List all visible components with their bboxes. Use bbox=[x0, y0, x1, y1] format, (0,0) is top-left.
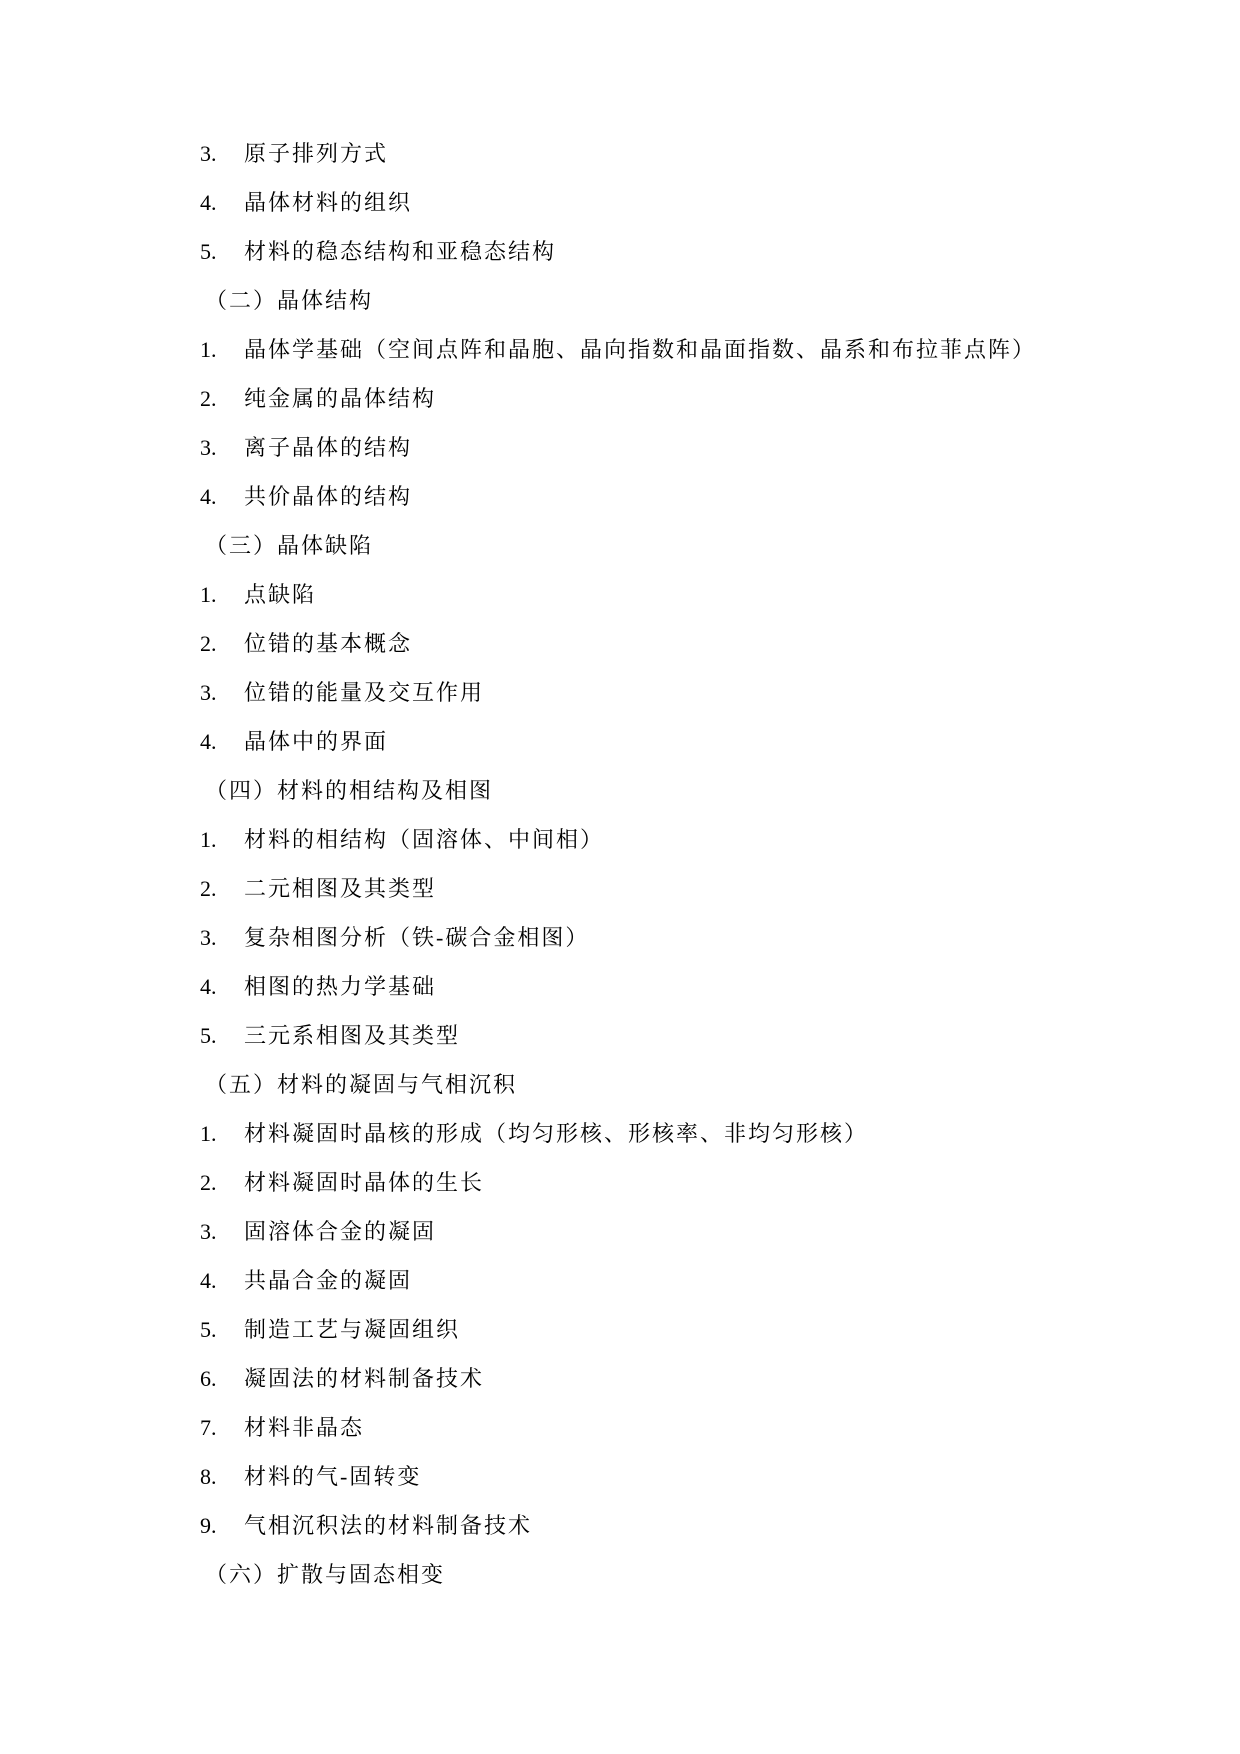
outline-item: 4.共晶合金的凝固 bbox=[200, 1256, 1200, 1305]
section-title: （四）材料的相结构及相图 bbox=[205, 766, 493, 815]
item-text: 相图的热力学基础 bbox=[244, 962, 436, 1011]
item-text: 材料的相结构（固溶体、中间相） bbox=[244, 815, 604, 864]
item-number: 3. bbox=[200, 668, 244, 717]
item-text: 气相沉积法的材料制备技术 bbox=[244, 1501, 532, 1550]
outline-list: 3.原子排列方式4.晶体材料的组织5.材料的稳态结构和亚稳态结构（二）晶体结构1… bbox=[200, 129, 1200, 1599]
outline-item: 2.纯金属的晶体结构 bbox=[200, 374, 1200, 423]
outline-item: 4.晶体中的界面 bbox=[200, 717, 1200, 766]
item-text: 点缺陷 bbox=[244, 570, 316, 619]
outline-item: 5.制造工艺与凝固组织 bbox=[200, 1305, 1200, 1354]
item-text: 晶体中的界面 bbox=[244, 717, 388, 766]
item-text: 材料非晶态 bbox=[244, 1403, 364, 1452]
outline-item: 3.固溶体合金的凝固 bbox=[200, 1207, 1200, 1256]
item-text: 材料凝固时晶核的形成（均匀形核、形核率、非均匀形核） bbox=[244, 1109, 868, 1158]
outline-item: 1.点缺陷 bbox=[200, 570, 1200, 619]
outline-item: 5.材料的稳态结构和亚稳态结构 bbox=[200, 227, 1200, 276]
outline-item: 5.三元系相图及其类型 bbox=[200, 1011, 1200, 1060]
item-number: 3. bbox=[200, 129, 244, 178]
outline-item: 1.材料的相结构（固溶体、中间相） bbox=[200, 815, 1200, 864]
outline-item: 3.原子排列方式 bbox=[200, 129, 1200, 178]
item-text: 复杂相图分析（铁-碳合金相图） bbox=[244, 913, 589, 962]
item-number: 4. bbox=[200, 717, 244, 766]
item-number: 3. bbox=[200, 913, 244, 962]
section-heading: （二）晶体结构 bbox=[200, 276, 1200, 325]
item-text: 材料凝固时晶体的生长 bbox=[244, 1158, 484, 1207]
item-number: 1. bbox=[200, 815, 244, 864]
item-text: 离子晶体的结构 bbox=[244, 423, 412, 472]
section-title: （六）扩散与固态相变 bbox=[205, 1550, 445, 1599]
item-text: 位错的能量及交互作用 bbox=[244, 668, 484, 717]
item-text: 晶体学基础（空间点阵和晶胞、晶向指数和晶面指数、晶系和布拉菲点阵） bbox=[244, 325, 1036, 374]
outline-item: 3.离子晶体的结构 bbox=[200, 423, 1200, 472]
outline-item: 6.凝固法的材料制备技术 bbox=[200, 1354, 1200, 1403]
outline-item: 3.复杂相图分析（铁-碳合金相图） bbox=[200, 913, 1200, 962]
item-number: 7. bbox=[200, 1403, 244, 1452]
item-text: 凝固法的材料制备技术 bbox=[244, 1354, 484, 1403]
section-title: （三）晶体缺陷 bbox=[205, 521, 373, 570]
section-heading: （六）扩散与固态相变 bbox=[200, 1550, 1200, 1599]
item-number: 5. bbox=[200, 1011, 244, 1060]
item-text: 制造工艺与凝固组织 bbox=[244, 1305, 460, 1354]
section-title: （五）材料的凝固与气相沉积 bbox=[205, 1060, 517, 1109]
document-page: 3.原子排列方式4.晶体材料的组织5.材料的稳态结构和亚稳态结构（二）晶体结构1… bbox=[0, 0, 1240, 1754]
item-number: 2. bbox=[200, 1158, 244, 1207]
item-number: 8. bbox=[200, 1452, 244, 1501]
section-heading: （四）材料的相结构及相图 bbox=[200, 766, 1200, 815]
item-number: 4. bbox=[200, 1256, 244, 1305]
section-title: （二）晶体结构 bbox=[205, 276, 373, 325]
section-heading: （三）晶体缺陷 bbox=[200, 521, 1200, 570]
item-text: 纯金属的晶体结构 bbox=[244, 374, 436, 423]
item-number: 1. bbox=[200, 325, 244, 374]
item-text: 晶体材料的组织 bbox=[244, 178, 412, 227]
item-number: 4. bbox=[200, 472, 244, 521]
outline-item: 2.材料凝固时晶体的生长 bbox=[200, 1158, 1200, 1207]
item-text: 二元相图及其类型 bbox=[244, 864, 436, 913]
item-number: 9. bbox=[200, 1501, 244, 1550]
item-number: 4. bbox=[200, 962, 244, 1011]
item-number: 5. bbox=[200, 227, 244, 276]
item-number: 3. bbox=[200, 1207, 244, 1256]
item-number: 5. bbox=[200, 1305, 244, 1354]
item-number: 2. bbox=[200, 864, 244, 913]
item-text: 材料的稳态结构和亚稳态结构 bbox=[244, 227, 556, 276]
item-number: 2. bbox=[200, 619, 244, 668]
outline-item: 1.材料凝固时晶核的形成（均匀形核、形核率、非均匀形核） bbox=[200, 1109, 1200, 1158]
outline-item: 4.晶体材料的组织 bbox=[200, 178, 1200, 227]
outline-item: 8.材料的气-固转变 bbox=[200, 1452, 1200, 1501]
item-number: 4. bbox=[200, 178, 244, 227]
outline-item: 2.二元相图及其类型 bbox=[200, 864, 1200, 913]
outline-item: 4.共价晶体的结构 bbox=[200, 472, 1200, 521]
item-text: 固溶体合金的凝固 bbox=[244, 1207, 436, 1256]
outline-item: 9.气相沉积法的材料制备技术 bbox=[200, 1501, 1200, 1550]
item-number: 6. bbox=[200, 1354, 244, 1403]
outline-item: 1.晶体学基础（空间点阵和晶胞、晶向指数和晶面指数、晶系和布拉菲点阵） bbox=[200, 325, 1200, 374]
outline-item: 4.相图的热力学基础 bbox=[200, 962, 1200, 1011]
item-text: 三元系相图及其类型 bbox=[244, 1011, 460, 1060]
item-text: 位错的基本概念 bbox=[244, 619, 412, 668]
outline-item: 2.位错的基本概念 bbox=[200, 619, 1200, 668]
item-number: 1. bbox=[200, 570, 244, 619]
outline-item: 3.位错的能量及交互作用 bbox=[200, 668, 1200, 717]
item-text: 材料的气-固转变 bbox=[244, 1452, 421, 1501]
item-number: 3. bbox=[200, 423, 244, 472]
outline-item: 7.材料非晶态 bbox=[200, 1403, 1200, 1452]
item-text: 共价晶体的结构 bbox=[244, 472, 412, 521]
section-heading: （五）材料的凝固与气相沉积 bbox=[200, 1060, 1200, 1109]
item-number: 1. bbox=[200, 1109, 244, 1158]
item-text: 共晶合金的凝固 bbox=[244, 1256, 412, 1305]
item-text: 原子排列方式 bbox=[244, 129, 388, 178]
item-number: 2. bbox=[200, 374, 244, 423]
